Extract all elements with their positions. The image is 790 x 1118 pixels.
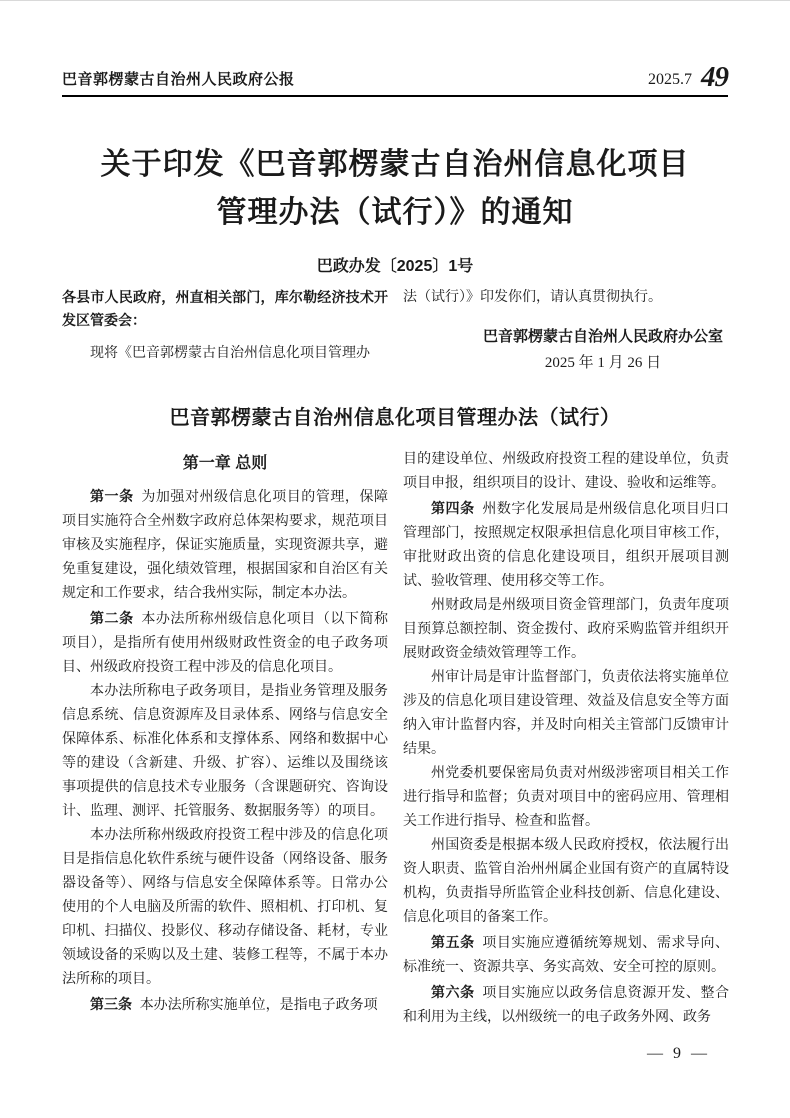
regulation-paragraph: 第三条本办法所称实施单位，是指电子政务项 bbox=[62, 992, 388, 1018]
paragraph-text: 本办法所称州级政府投资工程中涉及的信息化项目是指信息化软件系统与硬件设备（网络设… bbox=[62, 828, 388, 987]
page-number: — 9 — bbox=[647, 1045, 710, 1063]
regulation-paragraph: 第五条项目实施应遵循统筹规划、需求导向、标准统一、资源共享、务实高效、安全可控的… bbox=[403, 930, 729, 980]
notice-title-line1: 关于印发《巴音郭楞蒙古自治州信息化项目 bbox=[101, 148, 690, 181]
article-number: 第二条 bbox=[90, 610, 134, 626]
article-number: 第四条 bbox=[431, 500, 475, 516]
forward-text-left: 现将《巴音郭楞蒙古自治州信息化项目管理办 bbox=[62, 342, 388, 365]
paragraph-text: 目的建设单位、州级政府投资工程的建设单位，负责项目申报，组织项目的设计、建设、验… bbox=[403, 452, 729, 491]
article-number: 第三条 bbox=[90, 996, 132, 1012]
notice-intro: 各县市人民政府，州直相关部门，库尔勒经济技术开发区管委会： 现将《巴音郭楞蒙古自… bbox=[62, 286, 728, 377]
regulation-paragraph: 州党委机要保密局负责对州级涉密项目相关工作进行指导和监督；负责对项目中的密码应用… bbox=[403, 762, 729, 834]
regulation-paragraph: 本办法所称州级政府投资工程中涉及的信息化项目是指信息化软件系统与硬件设备（网络设… bbox=[62, 824, 388, 992]
regulation-paragraph: 目的建设单位、州级政府投资工程的建设单位，负责项目申报，组织项目的设计、建设、验… bbox=[403, 448, 729, 496]
addressee: 各县市人民政府，州直相关部门，库尔勒经济技术开发区管委会： bbox=[62, 286, 388, 332]
gazette-name: 巴音郭楞蒙古自治州人民政府公报 bbox=[62, 68, 295, 89]
regulation-paragraph: 第六条项目实施应以政务信息资源开发、整合和利用为主线，以州级统一的电子政务外网、… bbox=[403, 980, 729, 1030]
notice-title-line2: 管理办法（试行）》的通知 bbox=[217, 196, 574, 229]
regulation-body: 第一章 总则 第一条为加强对州级信息化项目的管理，保障项目实施符合全州数字政府总… bbox=[62, 448, 728, 1030]
paragraph-text: 本办法所称电子政务项目，是指业务管理及服务信息系统、信息资源库及目录体系、网络与… bbox=[62, 684, 388, 819]
intro-left-column: 各县市人民政府，州直相关部门，库尔勒经济技术开发区管委会： 现将《巴音郭楞蒙古自… bbox=[62, 286, 388, 377]
paragraph-text: 为加强对州级信息化项目的管理，保障项目实施符合全州数字政府总体架构要求，规范项目… bbox=[62, 490, 388, 601]
regulation-paragraph: 州审计局是审计监督部门，负责依法将实施单位涉及的信息化项目建设管理、效益及信息安… bbox=[403, 666, 729, 762]
article-number: 第六条 bbox=[431, 984, 475, 1000]
doc-number: 巴政办发〔2025〕1号 bbox=[0, 253, 790, 276]
issue-date: 2025.7 bbox=[648, 71, 692, 89]
paragraph-text: 本办法所称实施单位，是指电子政务项 bbox=[140, 998, 378, 1013]
paragraph-text: 州党委机要保密局负责对州级涉密项目相关工作进行指导和监督；负责对项目中的密码应用… bbox=[403, 766, 729, 829]
regulation-paragraph: 第二条本办法所称州级信息化项目（以下简称项目），是指所有使用州级财政性资金的电子… bbox=[62, 606, 388, 680]
regulation-paragraph: 本办法所称电子政务项目，是指业务管理及服务信息系统、信息资源库及目录体系、网络与… bbox=[62, 680, 388, 824]
paragraph-text: 州财政局是州级项目资金管理部门，负责年度项目预算总额控制、资金拨付、政府采购监管… bbox=[403, 598, 729, 661]
running-head: 巴音郭楞蒙古自治州人民政府公报 2025.7 49 bbox=[62, 1, 728, 97]
regulation-paragraph: 州财政局是州级项目资金管理部门，负责年度项目预算总额控制、资金拨付、政府采购监管… bbox=[403, 594, 729, 666]
chapter-heading: 第一章 总则 bbox=[62, 452, 388, 476]
notice-title: 关于印发《巴音郭楞蒙古自治州信息化项目 管理办法（试行）》的通知 bbox=[0, 141, 790, 237]
issue-number: 49 bbox=[701, 65, 728, 89]
regulation-paragraph: 州国资委是根据本级人民政府授权，依法履行出资人职责、监管自治州州属企业国有资产的… bbox=[403, 834, 729, 930]
paragraph-text: 州国资委是根据本级人民政府授权，依法履行出资人职责、监管自治州州属企业国有资产的… bbox=[403, 838, 729, 925]
paragraph-text: 州审计局是审计监督部门，负责依法将实施单位涉及的信息化项目建设管理、效益及信息安… bbox=[403, 670, 729, 757]
body-right-column: 目的建设单位、州级政府投资工程的建设单位，负责项目申报，组织项目的设计、建设、验… bbox=[403, 448, 729, 1030]
issuing-office: 巴音郭楞蒙古自治州人民政府办公室 bbox=[483, 325, 723, 349]
signature-block: 巴音郭楞蒙古自治州人民政府办公室 2025 年 1 月 26 日 bbox=[483, 325, 723, 377]
article-number: 第五条 bbox=[431, 934, 475, 950]
body-left-column: 第一章 总则 第一条为加强对州级信息化项目的管理，保障项目实施符合全州数字政府总… bbox=[62, 448, 388, 1030]
gazette-page: 巴音郭楞蒙古自治州人民政府公报 2025.7 49 关于印发《巴音郭楞蒙古自治州… bbox=[0, 0, 790, 1118]
sign-date: 2025 年 1 月 26 日 bbox=[483, 349, 723, 377]
intro-right-column: 法（试行）》印发你们，请认真贯彻执行。 巴音郭楞蒙古自治州人民政府办公室 202… bbox=[403, 286, 729, 377]
regulation-title: 巴音郭楞蒙古自治州信息化项目管理办法（试行） bbox=[0, 401, 790, 430]
regulation-paragraph: 第四条州数字化发展局是州级信息化项目归口管理部门，按照规定权限承担信息化项目审核… bbox=[403, 496, 729, 594]
regulation-paragraph: 第一条为加强对州级信息化项目的管理，保障项目实施符合全州数字政府总体架构要求，规… bbox=[62, 484, 388, 606]
issue-info: 2025.7 49 bbox=[648, 65, 728, 89]
forward-text-right: 法（试行）》印发你们，请认真贯彻执行。 bbox=[403, 286, 729, 309]
article-number: 第一条 bbox=[90, 488, 134, 504]
